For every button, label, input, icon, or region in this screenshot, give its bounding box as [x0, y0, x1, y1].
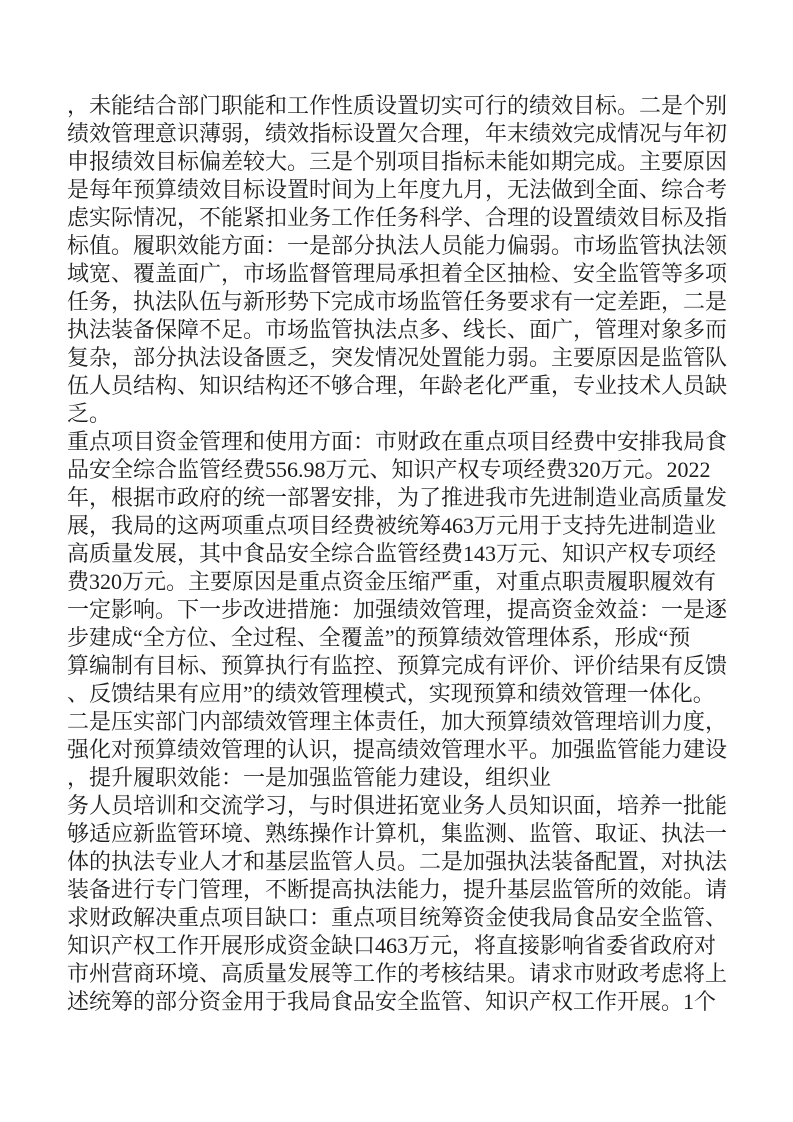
text-line: ，提升履职效能：一是加强监管能力建设，组织业 [67, 764, 729, 792]
text-line: 高质量发展，其中食品安全综合监管经费143万元、知识产权专项经 [67, 540, 729, 568]
text-line: 、反馈结果有应用”的绩效管理模式，实现预算和绩效管理一体化。 [67, 680, 729, 708]
text-line: 乏。 [67, 400, 729, 428]
text-line: 执法装备保障不足。市场监管执法点多、线长、面广，管理对象多而 [67, 316, 729, 344]
text-line: 年，根据市政府的统一部署安排，为了推进我市先进制造业高质量发 [67, 484, 729, 512]
text-line: 体的执法专业人才和基层监管人员。二是加强执法装备配置，对执法 [67, 848, 729, 876]
text-line: 强化对预算绩效管理的认识，提高绩效管理水平。加强监管能力建设 [67, 736, 729, 764]
text-line: 装备进行专门管理，不断提高执法能力，提升基层监管所的效能。请 [67, 876, 729, 904]
text-line: 标值。履职效能方面：一是部分执法人员能力偏弱。市场监管执法领 [67, 232, 729, 260]
text-line: 重点项目资金管理和使用方面：市财政在重点项目经费中安排我局食 [67, 428, 729, 456]
text-line: 算编制有目标、预算执行有监控、预算完成有评价、评价结果有反馈 [67, 652, 729, 680]
text-line: 知识产权工作开展形成资金缺口463万元，将直接影响省委省政府对 [67, 932, 729, 960]
text-line: 求财政解决重点项目缺口：重点项目统筹资金使我局食品安全监管、 [67, 904, 729, 932]
text-line: 品安全综合监管经费556.98万元、知识产权专项经费320万元。2022 [67, 456, 729, 484]
text-line: 述统筹的部分资金用于我局食品安全监管、知识产权工作开展。1个 [67, 988, 729, 1016]
text-line: 域宽、覆盖面广，市场监督管理局承担着全区抽检、安全监管等多项 [67, 260, 729, 288]
text-line: 任务，执法队伍与新形势下完成市场监管任务要求有一定差距，二是 [67, 288, 729, 316]
document-text-block: ，未能结合部门职能和工作性质设置切实可行的绩效目标。二是个别 绩效管理意识薄弱，… [67, 92, 729, 1016]
document-page: ，未能结合部门职能和工作性质设置切实可行的绩效目标。二是个别 绩效管理意识薄弱，… [0, 0, 793, 1122]
text-line: 一定影响。下一步改进措施：加强绩效管理，提高资金效益：一是逐 [67, 596, 729, 624]
text-line: ，未能结合部门职能和工作性质设置切实可行的绩效目标。二是个别 [67, 92, 729, 120]
text-line: 步建成“全方位、全过程、全覆盖”的预算绩效管理体系，形成“预 [67, 624, 729, 652]
text-line: 是每年预算绩效目标设置时间为上年度九月，无法做到全面、综合考 [67, 176, 729, 204]
text-line: 二是压实部门内部绩效管理主体责任，加大预算绩效管理培训力度， [67, 708, 729, 736]
text-line: 费320万元。主要原因是重点资金压缩严重，对重点职责履职履效有 [67, 568, 729, 596]
text-line: 申报绩效目标偏差较大。三是个别项目指标未能如期完成。主要原因 [67, 148, 729, 176]
text-line: 够适应新监管环境、熟练操作计算机，集监测、监管、取证、执法一 [67, 820, 729, 848]
text-line: 绩效管理意识薄弱，绩效指标设置欠合理，年末绩效完成情况与年初 [67, 120, 729, 148]
text-line: 务人员培训和交流学习，与时俱进拓宽业务人员知识面，培养一批能 [67, 792, 729, 820]
text-line: 复杂，部分执法设备匮乏，突发情况处置能力弱。主要原因是监管队 [67, 344, 729, 372]
text-line: 展，我局的这两项重点项目经费被统筹463万元用于支持先进制造业 [67, 512, 729, 540]
text-line: 虑实际情况，不能紧扣业务工作任务科学、合理的设置绩效目标及指 [67, 204, 729, 232]
text-line: 伍人员结构、知识结构还不够合理，年龄老化严重，专业技术人员缺 [67, 372, 729, 400]
text-line: 市州营商环境、高质量发展等工作的考核结果。请求市财政考虑将上 [67, 960, 729, 988]
